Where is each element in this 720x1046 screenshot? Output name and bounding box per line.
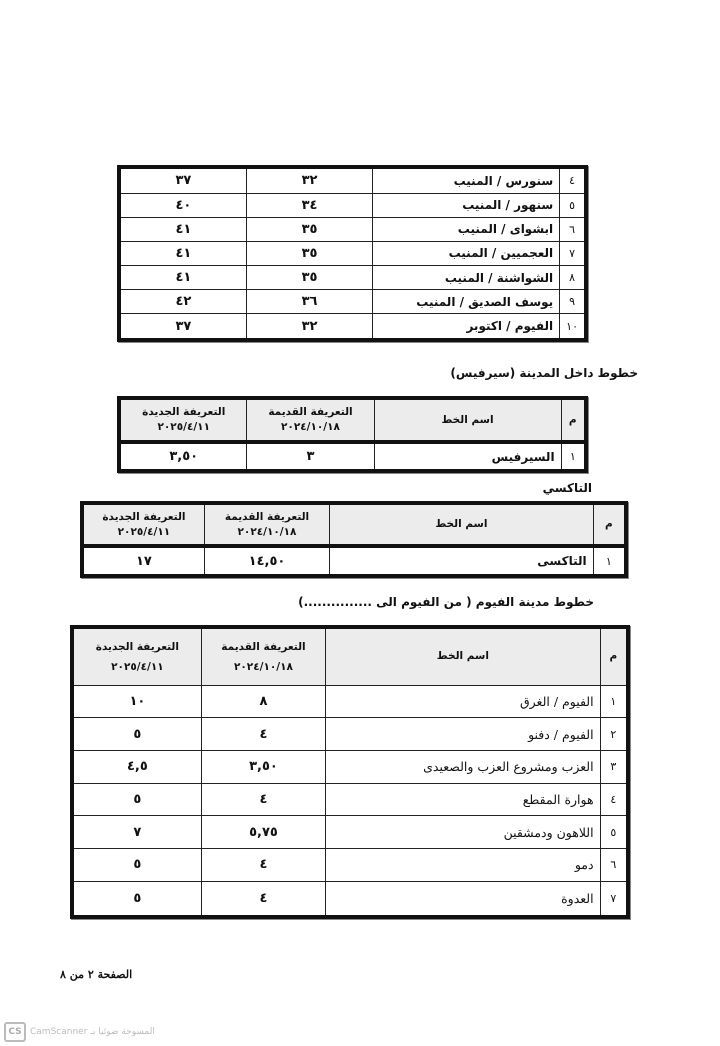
route-name: اللاهون ودمشقين xyxy=(326,816,600,849)
header-old-fare: التعريفة القديمة٢٠٢٤/١٠/١٨ xyxy=(247,398,374,442)
new-fare: ٤٠ xyxy=(119,193,246,217)
route-name: سنورس / المنيب xyxy=(373,167,560,193)
fayoum-fare-table: م اسم الخط التعريفة القديمة٢٠٢٤/١٠/١٨ ال… xyxy=(70,625,630,919)
route-name: يوسف الصديق / المنيب xyxy=(373,290,560,314)
row-index: ٤ xyxy=(600,783,628,816)
route-name: الشواشنة / المنيب xyxy=(373,266,560,290)
fare-table-continued: ٤سنورس / المنيب٣٢٣٧ ٥سنهور / المنيب٣٤٤٠ … xyxy=(117,165,588,342)
table-row: ٤هوارة المقطع٤٥ xyxy=(72,783,628,816)
old-fare: ٣٦ xyxy=(246,290,372,314)
row-index: ٦ xyxy=(600,849,628,882)
table-header-row: م اسم الخط التعريفة القديمة٢٠٢٤/١٠/١٨ ال… xyxy=(119,398,586,442)
row-index: ١ xyxy=(593,546,626,576)
header-old-fare: التعريفة القديمة٢٠٢٤/١٠/١٨ xyxy=(204,503,329,546)
row-index: ١٠ xyxy=(560,314,586,340)
new-fare: ٤١ xyxy=(119,241,246,265)
route-name: العدوة xyxy=(326,881,600,917)
new-fare: ٤,٥ xyxy=(72,750,201,783)
header-new-fare: التعريفة الجديدة٢٠٢٥/٤/١١ xyxy=(82,503,204,546)
table-row: ٦دمو٤٥ xyxy=(72,849,628,882)
old-fare: ٣٥ xyxy=(246,266,372,290)
route-name: التاكسى xyxy=(330,546,593,576)
header-new-fare: التعريفة الجديدة٢٠٢٥/٤/١١ xyxy=(72,627,201,685)
scanner-watermark: CS CamScanner المسوحة ضوئيا بـ xyxy=(4,1022,155,1042)
header-new-fare-label: التعريفة الجديدة xyxy=(127,405,240,420)
page-number: الصفحة ٢ من ٨ xyxy=(60,968,132,981)
new-fare: ٧ xyxy=(72,816,201,849)
header-old-fare-date: ٢٠٢٤/١٠/١٨ xyxy=(211,525,323,540)
header-new-fare: التعريفة الجديدة٢٠٢٥/٤/١١ xyxy=(119,398,247,442)
header-route-name: اسم الخط xyxy=(326,627,600,685)
new-fare: ٤٢ xyxy=(119,290,246,314)
header-index: م xyxy=(561,398,586,442)
table-row: ٧العدوة٤٥ xyxy=(72,881,628,917)
header-new-fare-date: ٢٠٢٥/٤/١١ xyxy=(127,420,240,435)
table-header-row: م اسم الخط التعريفة القديمة٢٠٢٤/١٠/١٨ ال… xyxy=(82,503,626,546)
row-index: ٥ xyxy=(600,816,628,849)
header-old-fare-label: التعريفة القديمة xyxy=(208,637,319,657)
new-fare: ٣٧ xyxy=(119,314,246,340)
header-route-name: اسم الخط xyxy=(374,398,561,442)
table-row: ٩يوسف الصديق / المنيب٣٦٤٢ xyxy=(119,290,586,314)
header-old-fare-date: ٢٠٢٤/١٠/١٨ xyxy=(208,657,319,677)
row-index: ٧ xyxy=(600,881,628,917)
new-fare: ٥ xyxy=(72,881,201,917)
old-fare: ٣٤ xyxy=(246,193,372,217)
row-index: ١ xyxy=(600,685,628,718)
old-fare: ٤ xyxy=(201,718,325,751)
old-fare: ٣٥ xyxy=(246,217,372,241)
old-fare: ٣٥ xyxy=(246,241,372,265)
route-name: السيرفيس xyxy=(374,442,561,471)
header-old-fare-label: التعريفة القديمة xyxy=(211,510,323,525)
table-row: ٤سنورس / المنيب٣٢٣٧ xyxy=(119,167,586,193)
old-fare: ٣٢ xyxy=(246,314,372,340)
table-row: ١السيرفيس٣٣,٥٠ xyxy=(119,442,586,471)
row-index: ٦ xyxy=(560,217,586,241)
old-fare: ٣,٥٠ xyxy=(201,750,325,783)
table-row: ١الفيوم / الغرق٨١٠ xyxy=(72,685,628,718)
row-index: ٩ xyxy=(560,290,586,314)
old-fare: ٤ xyxy=(201,849,325,882)
header-index: م xyxy=(600,627,628,685)
header-new-fare-date: ٢٠٢٥/٤/١١ xyxy=(90,525,198,540)
table-header-row: م اسم الخط التعريفة القديمة٢٠٢٤/١٠/١٨ ال… xyxy=(72,627,628,685)
old-fare: ٤ xyxy=(201,881,325,917)
header-route-name: اسم الخط xyxy=(330,503,593,546)
table-row: ٨الشواشنة / المنيب٣٥٤١ xyxy=(119,266,586,290)
route-name: سنهور / المنيب xyxy=(373,193,560,217)
new-fare: ١٠ xyxy=(72,685,201,718)
route-name: الفيوم / دفنو xyxy=(326,718,600,751)
header-new-fare-label: التعريفة الجديدة xyxy=(90,510,198,525)
row-index: ٨ xyxy=(560,266,586,290)
row-index: ٧ xyxy=(560,241,586,265)
camscanner-logo-icon: CS xyxy=(4,1022,26,1042)
route-name: الفيوم / اكتوبر xyxy=(373,314,560,340)
section-title-taxi: التاكسي xyxy=(543,481,592,495)
new-fare: ٥ xyxy=(72,783,201,816)
row-index: ٢ xyxy=(600,718,628,751)
route-name: ابشواى / المنيب xyxy=(373,217,560,241)
old-fare: ١٤,٥٠ xyxy=(204,546,329,576)
new-fare: ٤١ xyxy=(119,266,246,290)
row-index: ٤ xyxy=(560,167,586,193)
header-old-fare-date: ٢٠٢٤/١٠/١٨ xyxy=(253,420,367,435)
header-new-fare-label: التعريفة الجديدة xyxy=(80,637,195,657)
table-row: ٦ابشواى / المنيب٣٥٤١ xyxy=(119,217,586,241)
header-index: م xyxy=(593,503,626,546)
header-new-fare-date: ٢٠٢٥/٤/١١ xyxy=(80,657,195,677)
route-name: الفيوم / الغرق xyxy=(326,685,600,718)
route-name: العجميين / المنيب xyxy=(373,241,560,265)
table-row: ٢الفيوم / دفنو٤٥ xyxy=(72,718,628,751)
service-fare-table: م اسم الخط التعريفة القديمة٢٠٢٤/١٠/١٨ ال… xyxy=(117,396,588,473)
route-name: هوارة المقطع xyxy=(326,783,600,816)
new-fare: ٣,٥٠ xyxy=(119,442,247,471)
new-fare: ٣٧ xyxy=(119,167,246,193)
section-title-service: خطوط داخل المدينة (سيرفيس) xyxy=(450,366,638,380)
old-fare: ٨ xyxy=(201,685,325,718)
old-fare: ٤ xyxy=(201,783,325,816)
new-fare: ٥ xyxy=(72,849,201,882)
row-index: ٣ xyxy=(600,750,628,783)
row-index: ٥ xyxy=(560,193,586,217)
route-name: دمو xyxy=(326,849,600,882)
table-row: ٧العجميين / المنيب٣٥٤١ xyxy=(119,241,586,265)
old-fare: ٥,٧٥ xyxy=(201,816,325,849)
header-old-fare-label: التعريفة القديمة xyxy=(253,405,367,420)
header-old-fare: التعريفة القديمة٢٠٢٤/١٠/١٨ xyxy=(201,627,325,685)
taxi-fare-table: م اسم الخط التعريفة القديمة٢٠٢٤/١٠/١٨ ال… xyxy=(80,501,628,578)
table-row: ٥اللاهون ودمشقين٥,٧٥٧ xyxy=(72,816,628,849)
table-row: ١التاكسى١٤,٥٠١٧ xyxy=(82,546,626,576)
section-title-fayoum: خطوط مدينة الفيوم ( من الفيوم الى ......… xyxy=(298,595,594,609)
table-row: ٥سنهور / المنيب٣٤٤٠ xyxy=(119,193,586,217)
old-fare: ٣ xyxy=(247,442,374,471)
table-row: ٣العزب ومشروع العزب والصعيدى٣,٥٠٤,٥ xyxy=(72,750,628,783)
row-index: ١ xyxy=(561,442,586,471)
new-fare: ٥ xyxy=(72,718,201,751)
table-row: ١٠الفيوم / اكتوبر٣٢٣٧ xyxy=(119,314,586,340)
new-fare: ٤١ xyxy=(119,217,246,241)
route-name: العزب ومشروع العزب والصعيدى xyxy=(326,750,600,783)
new-fare: ١٧ xyxy=(82,546,204,576)
old-fare: ٣٢ xyxy=(246,167,372,193)
watermark-text: CamScanner المسوحة ضوئيا بـ xyxy=(30,1027,155,1037)
